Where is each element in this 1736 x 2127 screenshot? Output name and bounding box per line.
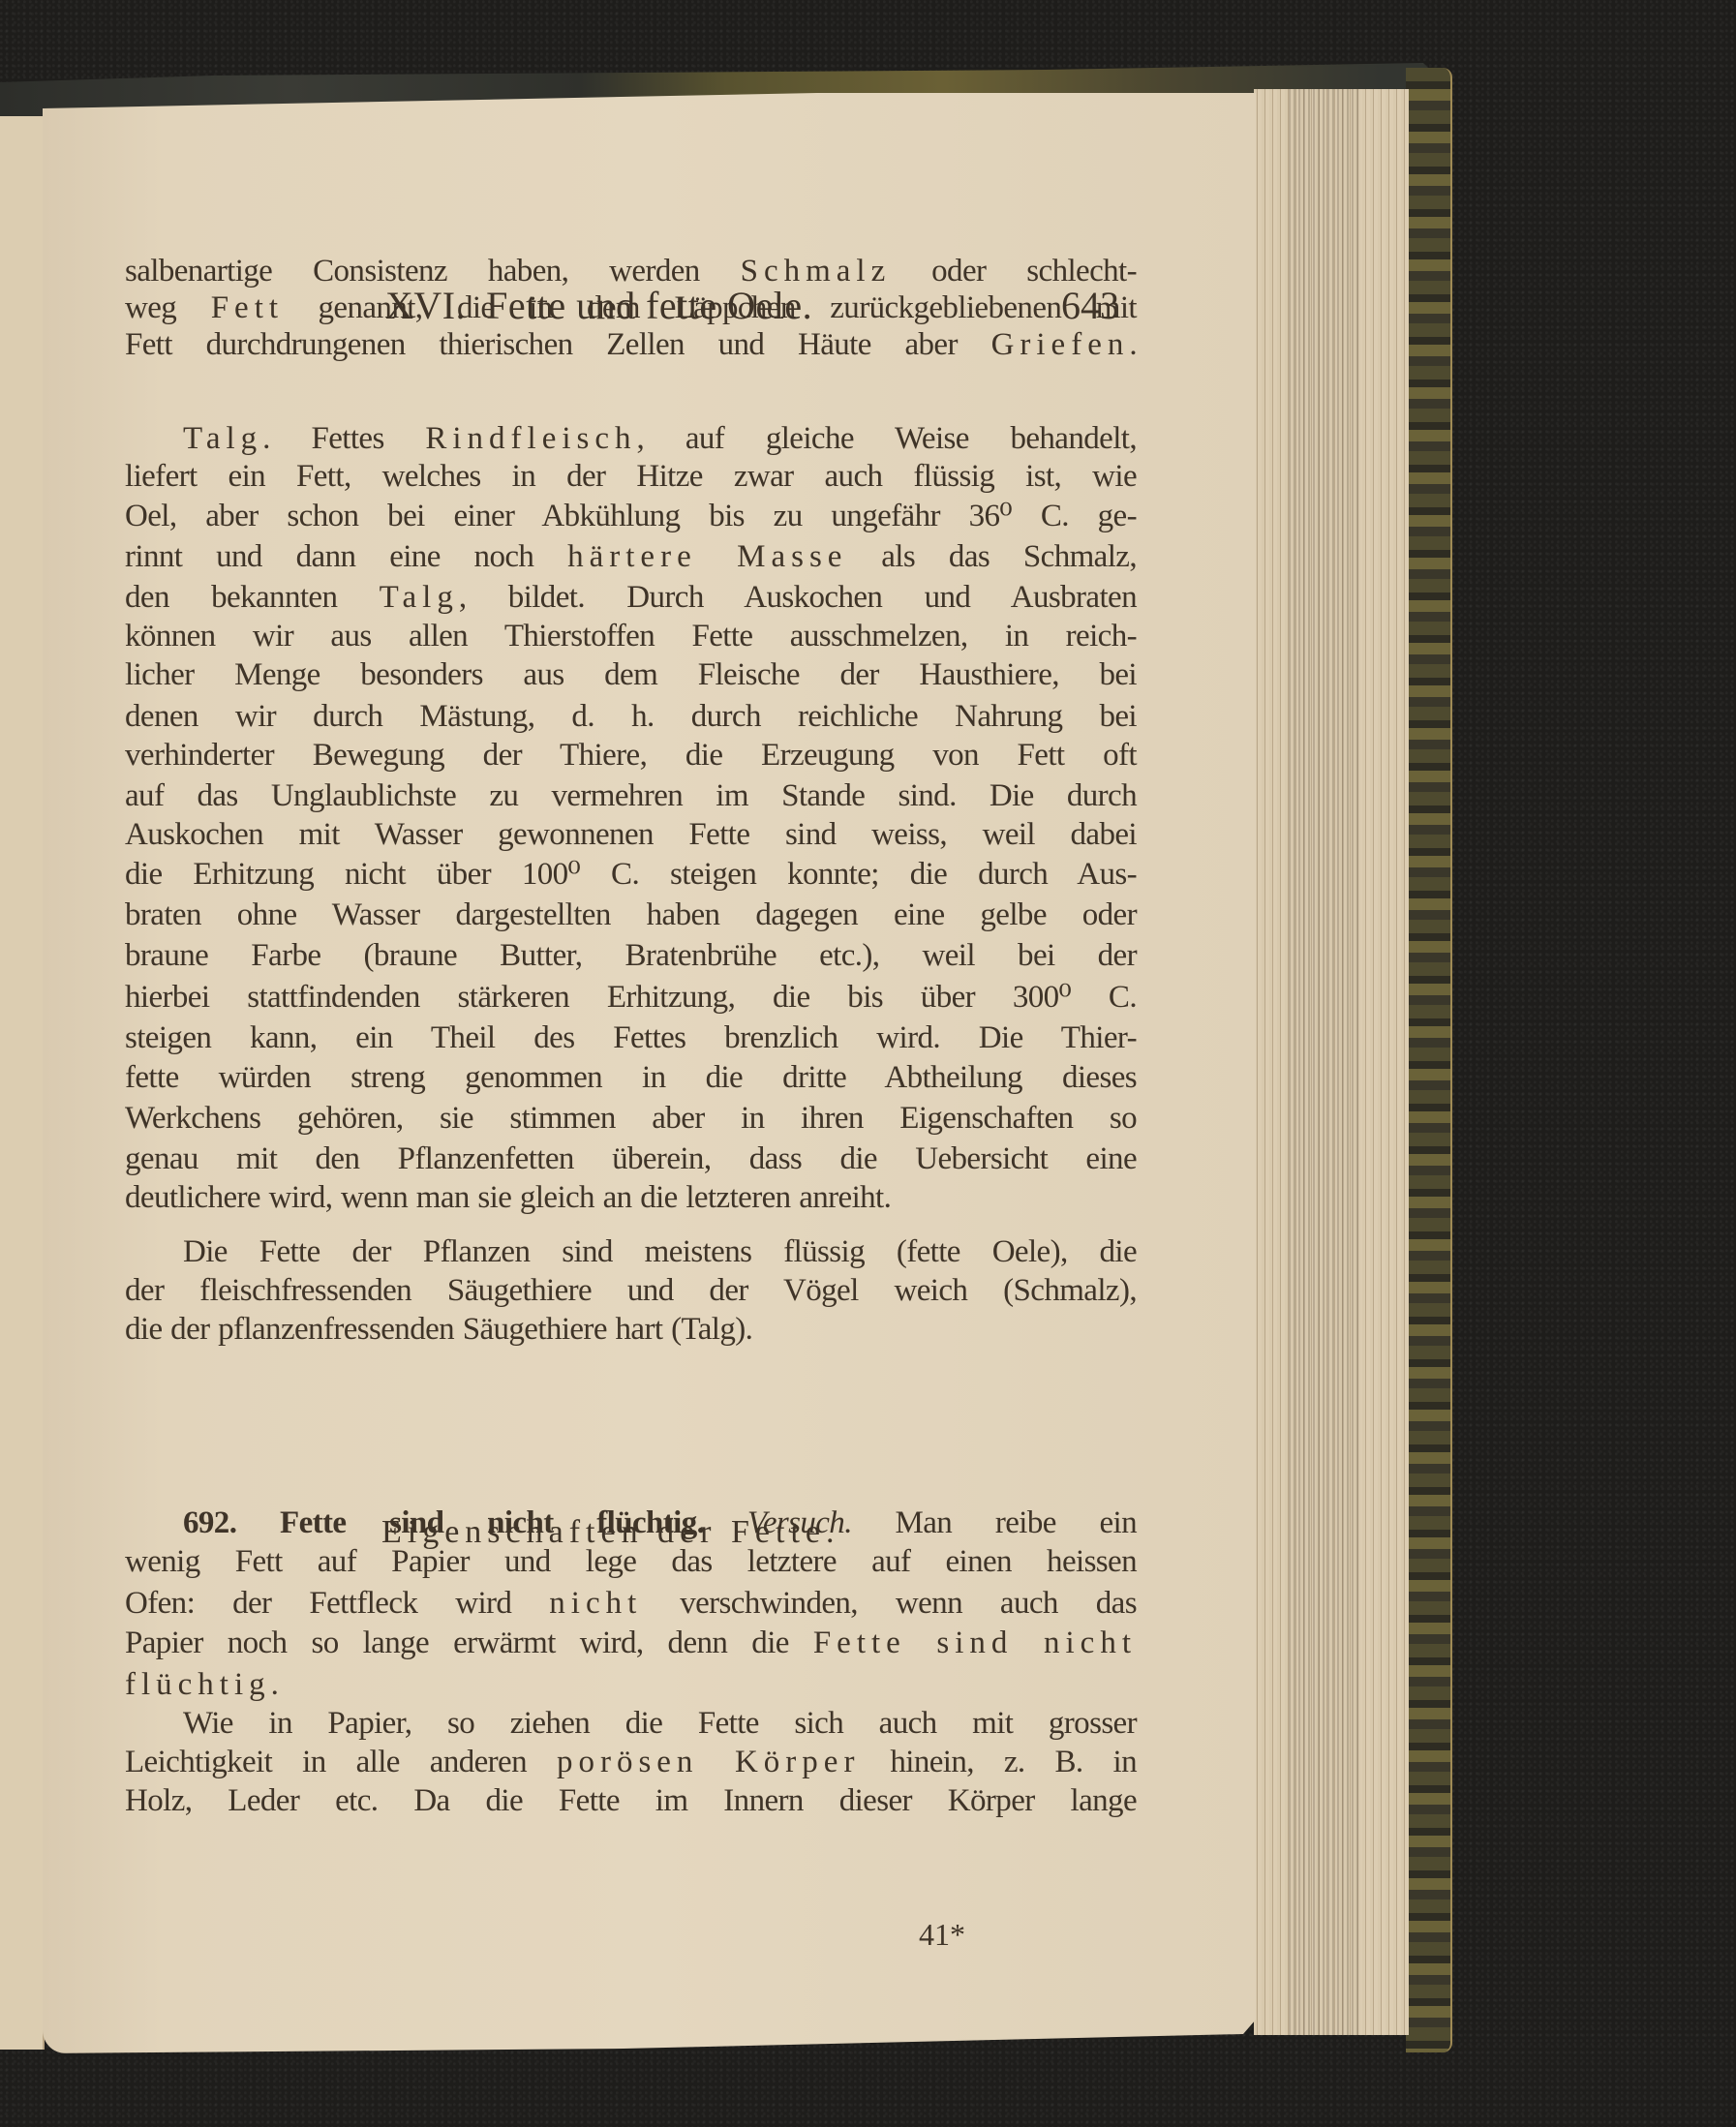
text-line: verhinderter Bewegung der Thiere, die Er… xyxy=(125,736,1137,775)
text-line: 692. Fette sind nicht flüchtig. Versuch.… xyxy=(183,1504,1137,1542)
text-line: Wie in Papier, so ziehen die Fette sich … xyxy=(183,1704,1137,1743)
page-stack-edges xyxy=(1254,89,1409,2035)
text-line: Auskochen mit Wasser gewonnenen Fette si… xyxy=(125,815,1137,854)
text-line: rinnt und dann eine noch härtere Masse a… xyxy=(125,537,1137,576)
text-line: weg Fett genannt, die in dem Läppchen zu… xyxy=(125,289,1137,327)
text-line: steigen kann, ein Theil des Fettes brenz… xyxy=(125,1018,1137,1057)
paragraph-label: Versuch. xyxy=(747,1505,852,1540)
text-line: Fett durchdrungenen thierischen Zellen u… xyxy=(125,325,1137,364)
text-line: wenig Fett auf Papier und lege das letzt… xyxy=(125,1542,1137,1581)
book-cover-fore-edge xyxy=(1406,68,1452,2052)
text-line: braune Farbe (braune Butter, Bratenbrühe… xyxy=(125,936,1137,975)
text-line: Oel, aber schon bei einer Abkühlung bis … xyxy=(125,497,1137,535)
page-stack-shadow xyxy=(1289,89,1360,2035)
text-line: die Erhitzung nicht über 100⁰ C. steigen… xyxy=(125,855,1137,894)
text-line: Die Fette der Pflanzen sind meistens flü… xyxy=(183,1232,1137,1271)
text-line: Talg. Fettes Rindfleisch, auf gleiche We… xyxy=(183,419,1137,458)
text-line: genau mit den Pflanzenfetten überein, da… xyxy=(125,1139,1137,1178)
paragraph-title: Fette sind nicht flüchtig. xyxy=(280,1505,704,1540)
text-line: Ofen: der Fettfleck wird nicht verschwin… xyxy=(125,1584,1137,1623)
text-line: Holz, Leder etc. Da die Fette im Innern … xyxy=(125,1781,1137,1820)
text-line: Leichtigkeit in alle anderen porösen Kör… xyxy=(125,1743,1137,1781)
left-page-edge xyxy=(0,108,45,2050)
text-line: braten ohne Wasser dargestellten haben d… xyxy=(125,896,1137,934)
book-page: XVI. Fette und fette Oele. 643 salbenart… xyxy=(43,93,1256,2053)
text-line: den bekannten Talg, bildet. Durch Auskoc… xyxy=(125,578,1137,617)
signature-mark: 41* xyxy=(919,1915,965,1954)
text-line: hierbei stattfindenden stärkeren Erhitzu… xyxy=(125,978,1137,1017)
text-line: denen wir durch Mästung, d. h. durch rei… xyxy=(125,697,1137,736)
text-line: deutlichere wird, wenn man sie gleich an… xyxy=(125,1178,1137,1217)
text-line: Werkchens gehören, sie stimmen aber in i… xyxy=(125,1099,1137,1138)
text-line: Papier noch so lange erwärmt wird, denn … xyxy=(125,1624,1137,1662)
text-line: können wir aus allen Thierstoffen Fette … xyxy=(125,617,1137,655)
text-line: fette würden streng genommen in die drit… xyxy=(125,1058,1137,1097)
text-line: licher Menge besonders aus dem Fleische … xyxy=(125,655,1137,694)
text-line: liefert ein Fett, welches in der Hitze z… xyxy=(125,457,1137,496)
text-line: flüchtig. xyxy=(125,1665,1137,1704)
text-line: die der pflanzenfressenden Säugethiere h… xyxy=(125,1310,1137,1349)
paragraph-number: 692. xyxy=(183,1505,236,1540)
text-line: salbenartige Consistenz haben, werden Sc… xyxy=(125,252,1137,290)
text-line: auf das Unglaublichste zu vermehren im S… xyxy=(125,776,1137,815)
text-line: der fleischfressenden Säugethiere und de… xyxy=(125,1271,1137,1310)
